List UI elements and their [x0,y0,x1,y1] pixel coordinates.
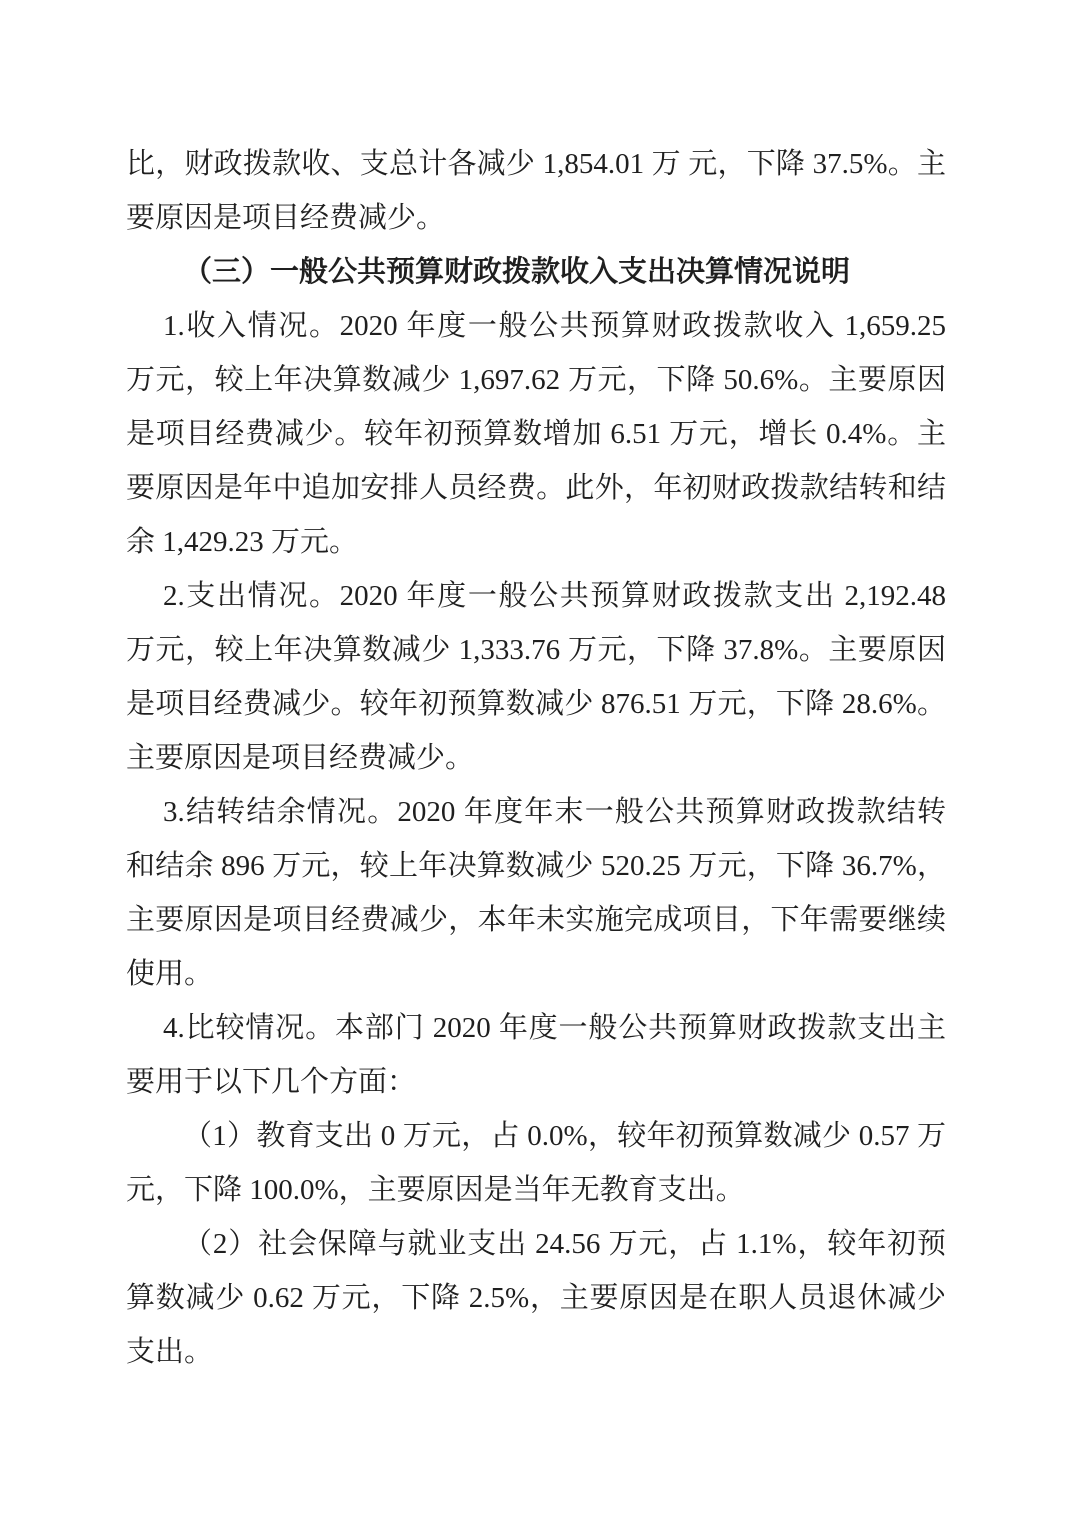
text-line: 支出。 [126,1325,946,1379]
document-canvas: { "page": { "background_color": "#ffffff… [0,0,1074,1520]
text-line: 1.收入情况。2020 年度一般公共预算财政拨款收入 1,659.25 [126,299,946,353]
text-line: 2.支出情况。2020 年度一般公共预算财政拨款支出 2,192.48 [126,569,946,623]
section-heading: （三）一般公共预算财政拨款收入支出决算情况说明 [126,245,946,299]
text-line: 万元，较上年决算数减少 1,333.76 万元，下降 37.8%。主要原因 [126,623,946,677]
text-line: 和结余 896 万元，较上年决算数减少 520.25 万元，下降 36.7%， [126,839,946,893]
text-line: （1）教育支出 0 万元，占 0.0%，较年初预算数减少 0.57 万 [126,1109,946,1163]
text-line: （2）社会保障与就业支出 24.56 万元，占 1.1%，较年初预 [126,1217,946,1271]
text-line: 3.结转结余情况。2020 年度年末一般公共预算财政拨款结转 [126,785,946,839]
text-line: 使用。 [126,947,946,1001]
text-line: 元，下降 100.0%，主要原因是当年无教育支出。 [126,1163,946,1217]
text-line: 万元，较上年决算数减少 1,697.62 万元，下降 50.6%。主要原因 [126,353,946,407]
text-line: 要原因是年中追加安排人员经费。此外，年初财政拨款结转和结 [126,461,946,515]
text-line: 比，财政拨款收、支总计各减少 1,854.01 万 元，下降 37.5%。主 [126,137,946,191]
text-line: 要用于以下几个方面： [126,1055,946,1109]
text-line: 主要原因是项目经费减少，本年未实施完成项目，下年需要继续 [126,893,946,947]
text-line: 4.比较情况。本部门 2020 年度一般公共预算财政拨款支出主 [126,1001,946,1055]
document-page: 比，财政拨款收、支总计各减少 1,854.01 万 元，下降 37.5%。主 要… [126,137,946,1379]
text-line: 是项目经费减少。较年初预算数减少 876.51 万元，下降 28.6%。 [126,677,946,731]
text-line: 是项目经费减少。较年初预算数增加 6.51 万元，增长 0.4%。主 [126,407,946,461]
text-line: 主要原因是项目经费减少。 [126,731,946,785]
text-line: 要原因是项目经费减少。 [126,191,946,245]
text-line: 余 1,429.23 万元。 [126,515,946,569]
text-line: 算数减少 0.62 万元，下降 2.5%，主要原因是在职人员退休减少 [126,1271,946,1325]
